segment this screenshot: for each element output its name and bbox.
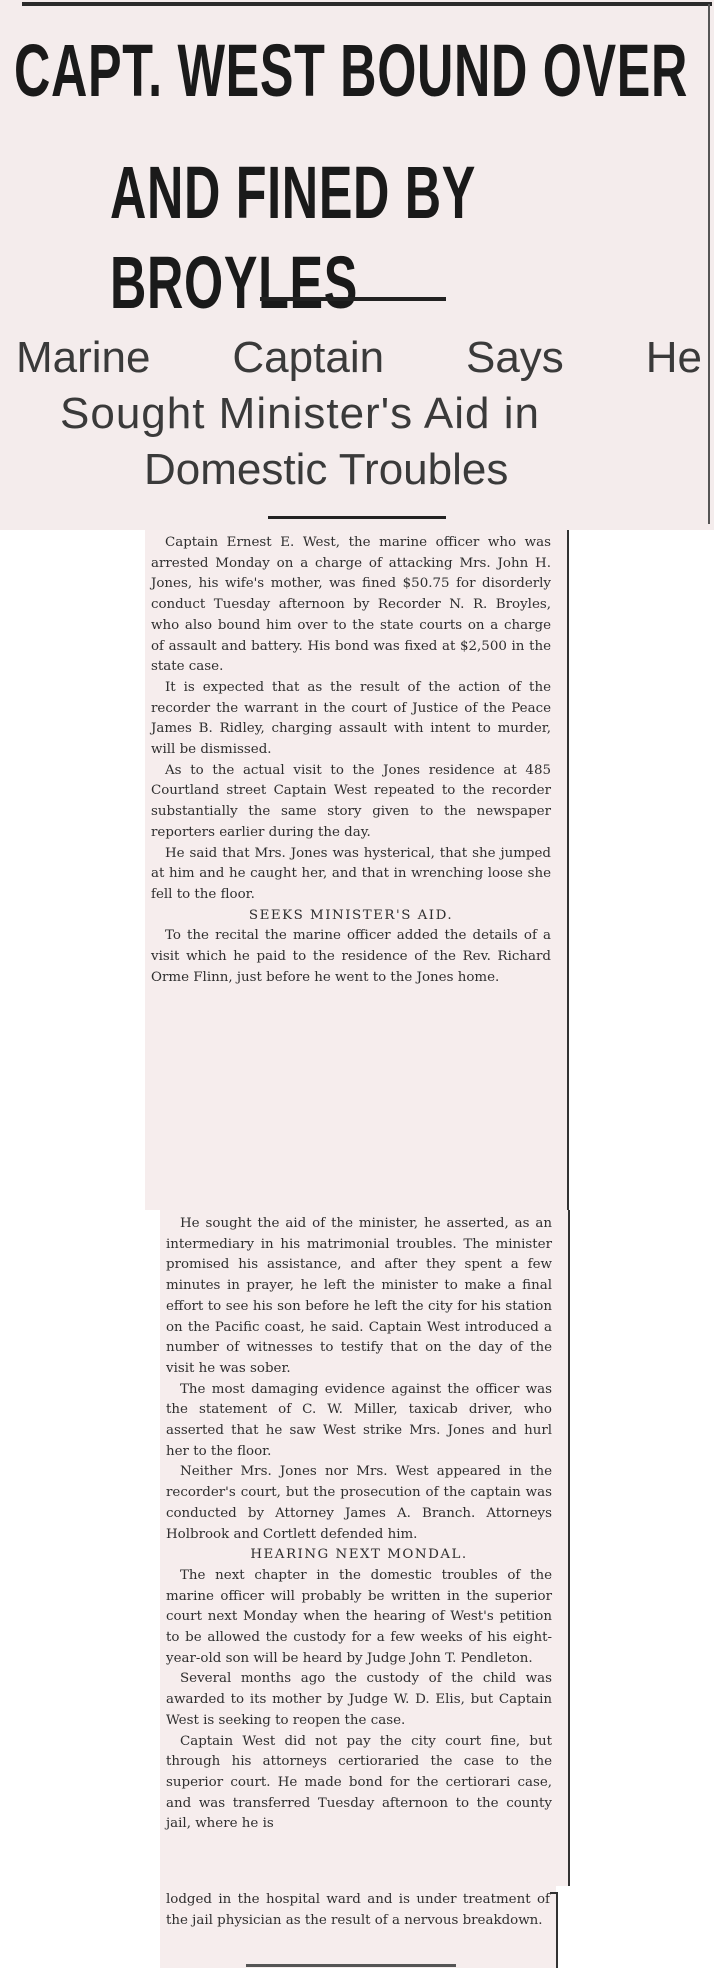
column-rule — [556, 1892, 558, 1968]
paragraph: Captain West did not pay the city court … — [166, 1732, 552, 1836]
paragraph: Several months ago the custody of the ch… — [166, 1669, 552, 1731]
deck-word: Marine — [16, 332, 151, 384]
deck-line-2: Sought Minister's Aid in — [60, 388, 660, 440]
deck-divider — [268, 516, 446, 519]
paragraph: He said that Mrs. Jones was hysterical, … — [151, 844, 551, 906]
headline-line-2: AND FINED BY BROYLES — [110, 148, 714, 328]
headline-block: CAPT. WEST BOUND OVER AND FINED BY BROYL… — [0, 0, 714, 530]
paragraph: Neither Mrs. Jones nor Mrs. West appeare… — [166, 1462, 552, 1545]
subheading: SEEKS MINISTER'S AID. — [151, 906, 551, 927]
article-end-rule — [246, 1964, 456, 1967]
article-body-part-3: lodged in the hospital ward and is under… — [160, 1886, 556, 1968]
paragraph: It is expected that as the result of the… — [151, 678, 551, 761]
deck-word: Captain — [232, 332, 384, 384]
headline-divider — [260, 297, 446, 301]
paragraph: He sought the aid of the minister, he as… — [166, 1214, 552, 1380]
deck-line-1: Marine Captain Says He — [16, 332, 702, 384]
paragraph-continuation: lodged in the hospital ward and is under… — [166, 1890, 550, 1931]
paragraph: To the recital the marine officer added … — [151, 926, 551, 988]
headline-line-1: CAPT. WEST BOUND OVER — [14, 26, 714, 116]
paragraph: As to the actual visit to the Jones resi… — [151, 761, 551, 844]
top-rule — [22, 2, 712, 6]
paragraph: The most damaging evidence against the o… — [166, 1380, 552, 1463]
paragraph: Captain Ernest E. West, the marine offic… — [151, 533, 551, 678]
deck-word: He — [646, 332, 702, 384]
article-body-part-2: He sought the aid of the minister, he as… — [160, 1210, 570, 1886]
paragraph: The next chapter in the domestic trouble… — [166, 1566, 552, 1670]
subheading: HEARING NEXT MONDAL. — [166, 1545, 552, 1566]
article-body-part-1: Captain Ernest E. West, the marine offic… — [145, 530, 569, 1210]
deck-line-3: Domestic Troubles — [144, 444, 604, 496]
deck-word: Says — [466, 332, 564, 384]
